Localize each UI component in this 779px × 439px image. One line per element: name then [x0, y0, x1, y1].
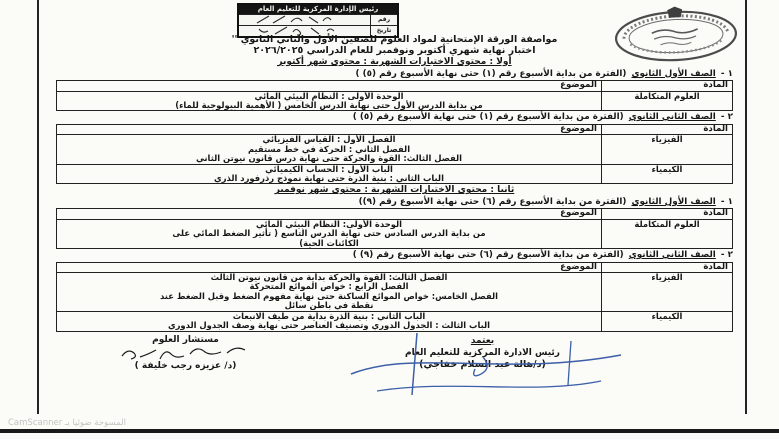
topic-cell: الوحدة الأولى: النظام البيئي المائي من ب…: [57, 219, 602, 248]
topic-cell: الفصل الأول : القياس الفيزيائي الفصل الث…: [57, 135, 602, 164]
class-name: الصف الثاني الثانوي: [629, 112, 716, 122]
reference-number-label: رقم: [370, 15, 397, 25]
column-header-subject: المادة: [602, 124, 733, 135]
table-row: الكيمياء الباب الأول : الحساب الكيميائي …: [57, 164, 733, 184]
class-number: ١ -: [721, 69, 733, 79]
class-name: الصف الأول الثانوي: [631, 197, 715, 207]
table-row: الكيمياء الباب الثاني : بنية الذرة بداية…: [57, 311, 733, 331]
reference-number-row: رقم: [239, 14, 397, 25]
topic-line: من بداية الدرس الأول حتى نهاية الدرس الخ…: [61, 101, 597, 110]
science-advisor-block: مستشار العلوم ( د/ عزيزه رجب خليفة): [78, 335, 293, 372]
handwritten-number: [239, 15, 370, 25]
topic-line: الباب الثاني : بنية الذرة حتى نهاية نموذ…: [61, 174, 597, 183]
document-title: مواصفة الورقة الإمتحانية لمواد العلوم لل…: [56, 35, 733, 46]
spec-table-grade2-oct: المادة الموضوع الفيزياء الفصل الأول : ال…: [56, 124, 733, 185]
page-border-left: [37, 0, 39, 414]
topic-line: الفصل الثالث: القوة والحركة حتى نهاية در…: [61, 154, 597, 163]
approval-word: يعتمد: [355, 335, 610, 347]
signature-row: مستشار العلوم ( د/ عزيزه رجب خليفة) يعتم…: [56, 335, 733, 372]
table-row: العلوم المتكاملة الوحدة الأولى: النظام ا…: [57, 219, 733, 248]
section-heading-october: أولا : محتوى الاختبارات الشهرية : محتوى …: [56, 58, 733, 68]
spec-table-grade2-nov: المادة الموضوع الفيزياء الفصل الثالث: ال…: [56, 262, 733, 332]
class-number: ٢ -: [721, 112, 733, 122]
bottom-scan-rule: [0, 429, 779, 433]
scanned-document-page: رئيس الإدارة المركزية للتعليم العام رقم …: [0, 0, 779, 439]
column-header-topic: الموضوع: [57, 262, 602, 273]
class-heading-grade2-nov: ٢ - الصف الثاني الثانوي (الفترة من بداية…: [56, 251, 733, 261]
table-row: الفيزياء الفصل الثالث: القوة والحركة بدا…: [57, 273, 733, 312]
advisor-handwritten-signature: [116, 346, 256, 361]
class-name: الصف الثاني الثانوي: [629, 250, 716, 260]
camscanner-watermark: المسوحة ضوئيا بـ CamScanner: [8, 418, 126, 428]
subject-cell: الكيمياء: [602, 311, 733, 331]
topic-cell: الباب الثاني : بنية الذرة بداية من طيف ا…: [57, 311, 602, 331]
advisor-title: مستشار العلوم: [78, 335, 293, 346]
class-heading-grade1-oct: ١ - الصف الأول الثانوي (الفترة من بداية …: [56, 70, 733, 80]
subject-cell: العلوم المتكاملة: [602, 219, 733, 248]
approval-block: يعتمد رئيس الادارة المركزية للتعليم العا…: [355, 335, 610, 372]
advisor-name: ( د/ عزيزه رجب خليفة): [78, 361, 293, 372]
class-number: ١ -: [721, 197, 733, 207]
class-week-range: (الفترة من بداية الأسبوع رقم (١) حتى نها…: [356, 69, 627, 79]
column-header-subject: المادة: [602, 262, 733, 273]
class-week-range: (الفترة من بداية الأسبوع رقم (١) حتى نها…: [353, 112, 624, 122]
column-header-subject: المادة: [602, 81, 733, 92]
subject-cell: الفيزياء: [602, 135, 733, 164]
class-heading-grade1-nov: ١ - الصف الأول الثانوي (الفترة من بداية …: [56, 198, 733, 208]
document-subtitle: اختبار نهاية شهري أكتوبر ونوفمبر للعام ا…: [56, 46, 733, 57]
column-header-topic: الموضوع: [57, 124, 602, 135]
class-week-range: (الفترة من بداية الأسبوع رقم (٦) حتى نها…: [353, 250, 624, 260]
topic-line: الكائنات الحية): [61, 239, 597, 248]
reference-stamp-box: رئيس الإدارة المركزية للتعليم العام رقم …: [237, 3, 399, 38]
topic-line: الباب الثالث : الجدول الدوري وتصنيف العن…: [61, 321, 597, 330]
topic-cell: الوحدة الأولى : النظام البيئي المائي من …: [57, 91, 602, 111]
column-header-topic: الموضوع: [57, 81, 602, 92]
approval-name: (د/هالة عبد السلام خفاجي): [355, 359, 610, 371]
spec-table-grade1-nov: المادة الموضوع العلوم المتكاملة الوحدة ا…: [56, 208, 733, 249]
table-row: الفيزياء الفصل الأول : القياس الفيزيائي …: [57, 135, 733, 164]
topic-cell: الباب الأول : الحساب الكيميائي الباب الث…: [57, 164, 602, 184]
spec-table-grade1-oct: المادة الموضوع العلوم المتكاملة الوحدة ا…: [56, 80, 733, 111]
column-header-topic: الموضوع: [57, 209, 602, 220]
section-heading-november: ثانيا : محتوى الاختبارات الشهرية : محتوى…: [56, 186, 733, 196]
topic-line: نقطة في باطن سائل: [61, 301, 597, 310]
approval-title: رئيس الادارة المركزية للتعليم العام: [355, 347, 610, 359]
class-number: ٢ -: [721, 250, 733, 260]
table-row: العلوم المتكاملة الوحدة الأولى : النظام …: [57, 91, 733, 111]
class-name: الصف الأول الثانوي: [631, 69, 715, 79]
page-border-right: [745, 0, 747, 414]
subject-cell: الكيمياء: [602, 164, 733, 184]
document-body: مواصفة الورقة الإمتحانية لمواد العلوم لل…: [56, 35, 733, 372]
class-week-range: (الفترة من بداية الأسبوع رقم (٦) حتى نها…: [359, 197, 627, 207]
column-header-subject: المادة: [602, 209, 733, 220]
class-heading-grade2-oct: ٢ - الصف الثاني الثانوي (الفترة من بداية…: [56, 113, 733, 123]
subject-cell: الفيزياء: [602, 273, 733, 312]
subject-cell: العلوم المتكاملة: [602, 91, 733, 111]
reference-box-title: رئيس الإدارة المركزية للتعليم العام: [239, 5, 397, 14]
topic-cell: الفصل الثالث: القوة والحركة بداية من قان…: [57, 273, 602, 312]
